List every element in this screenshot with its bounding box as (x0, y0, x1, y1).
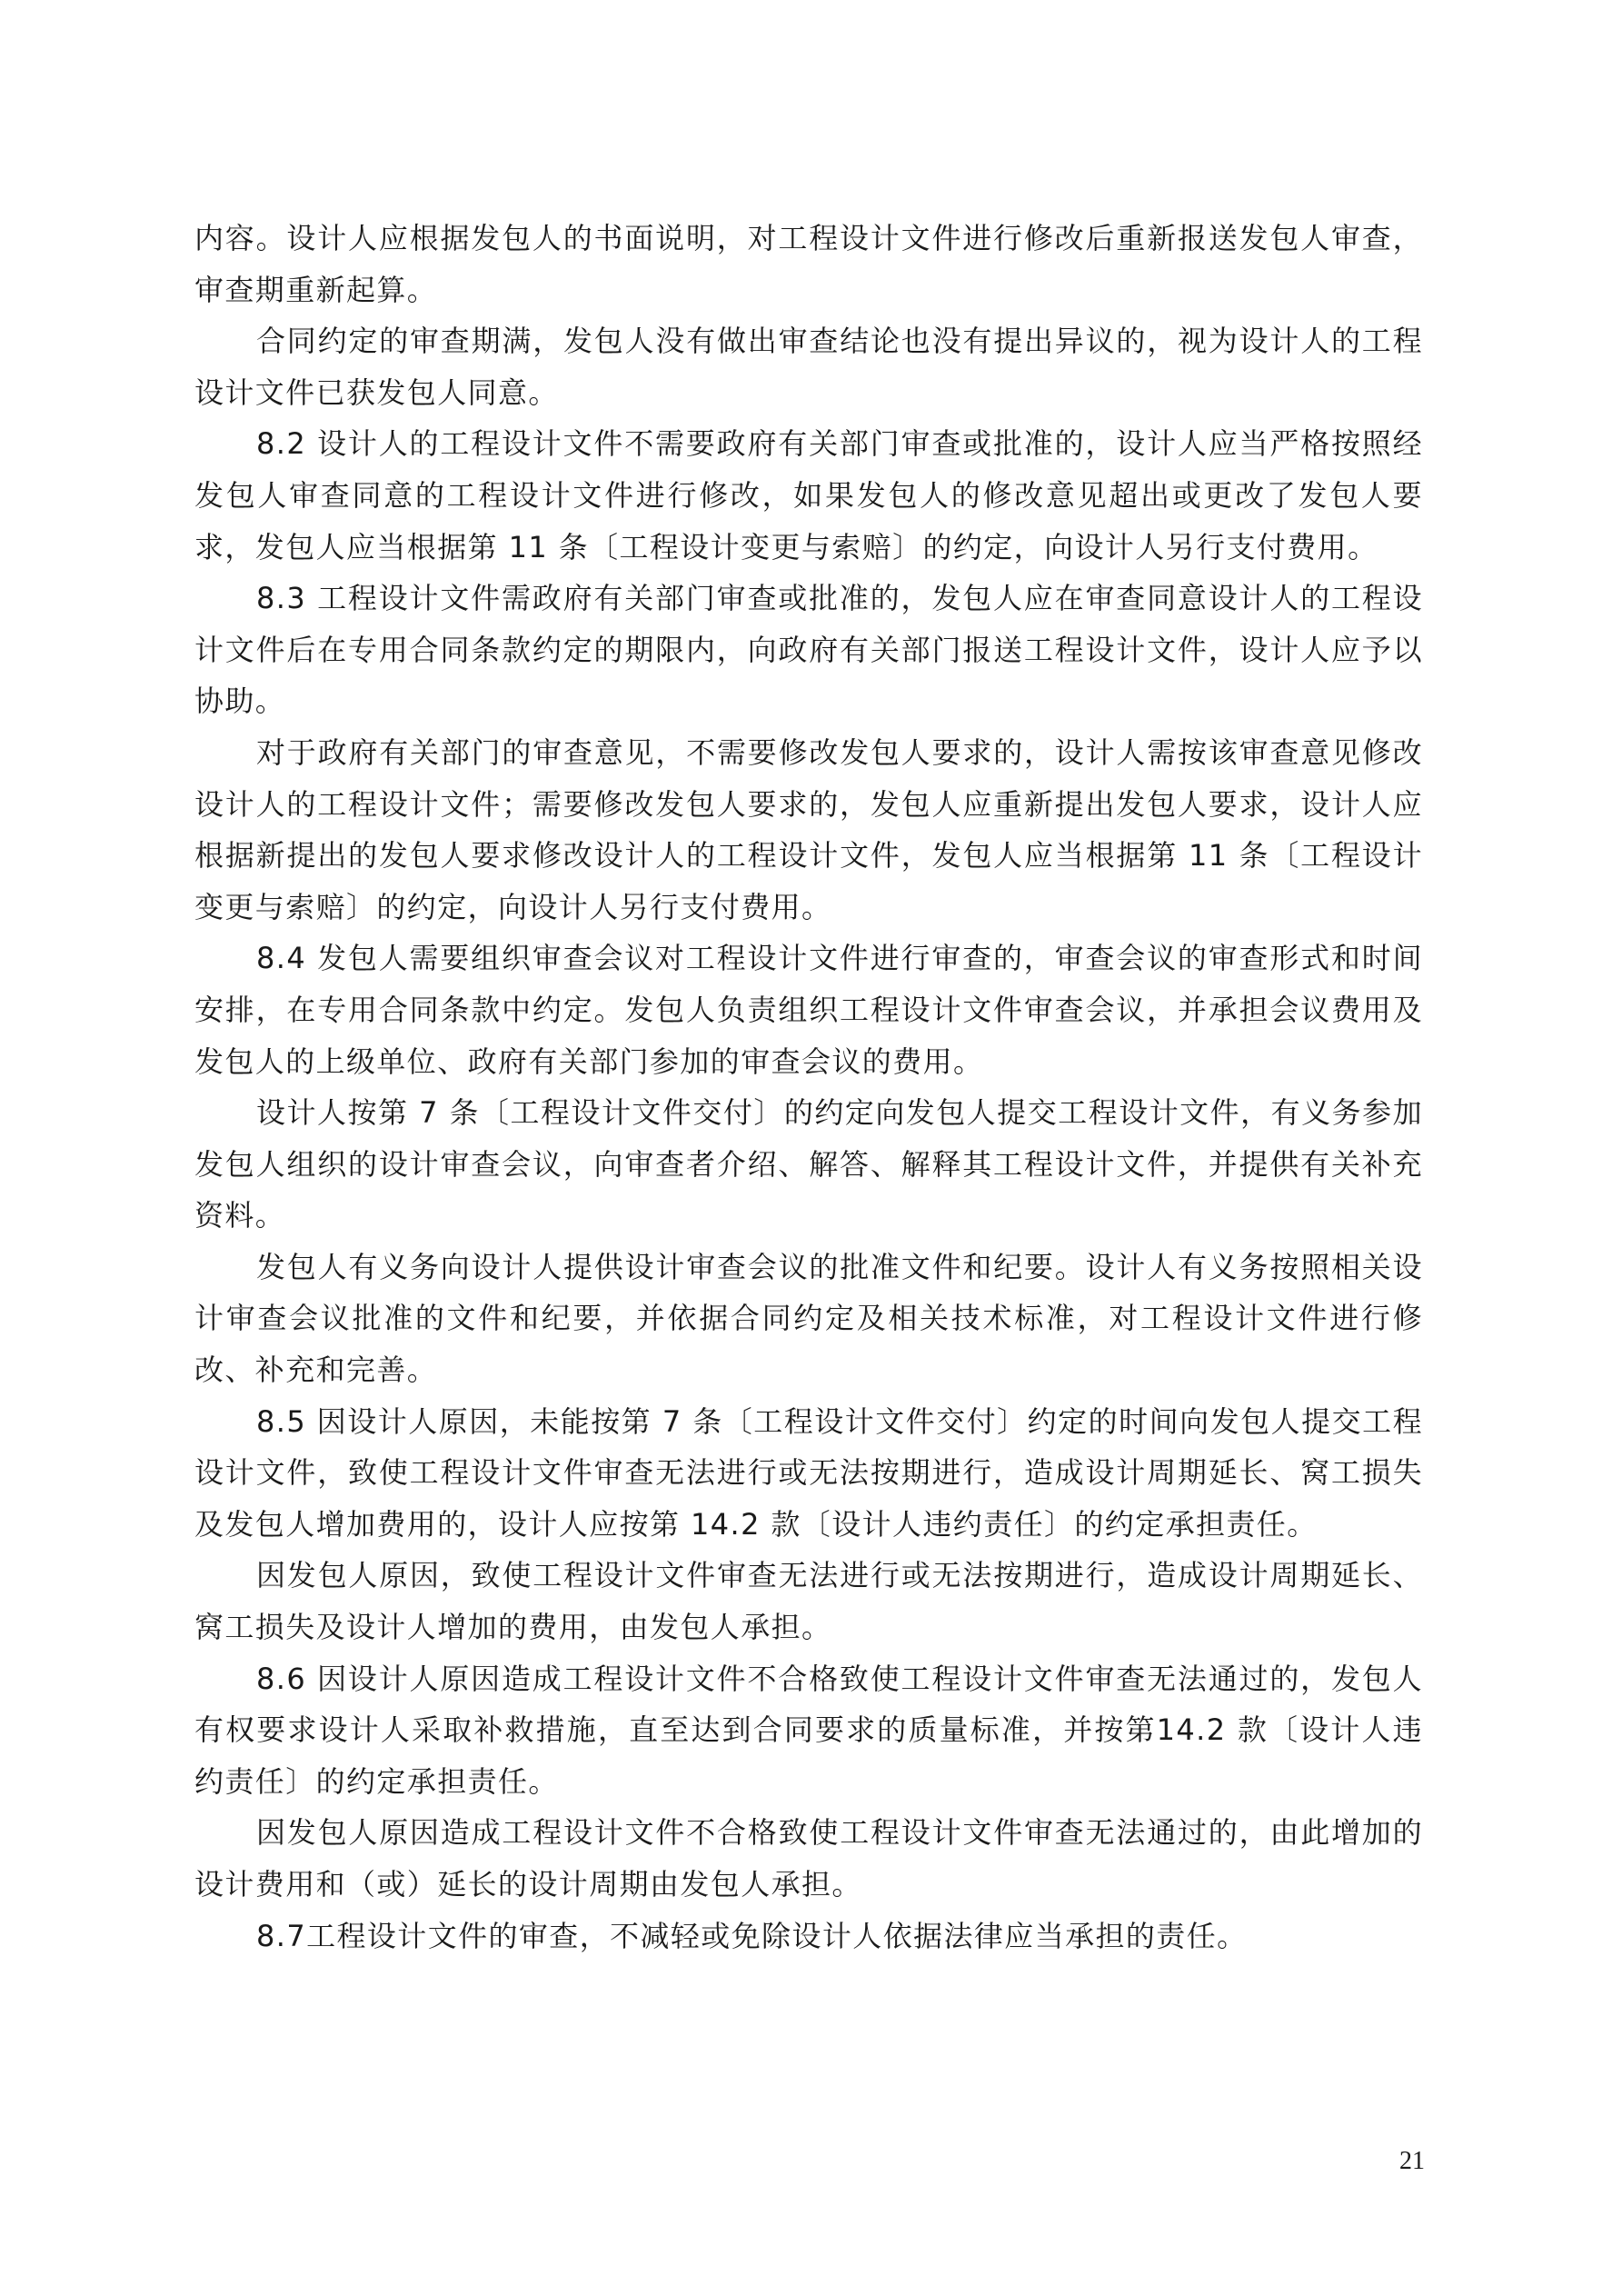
paragraph-clause-8-4: 8.4 发包人需要组织审查会议对工程设计文件进行审查的，审查会议的审查形式和时间… (194, 933, 1423, 1087)
paragraph-review-period-expiry: 合同约定的审查期满，发包人没有做出审查结论也没有提出异议的，视为设计人的工程设计… (194, 315, 1423, 418)
paragraph-continuation: 内容。设计人应根据发包人的书面说明，对工程设计文件进行修改后重新报送发包人审查，… (194, 213, 1423, 315)
paragraph-designer-attend-meeting: 设计人按第 7 条〔工程设计文件交付〕的约定向发包人提交工程设计文件，有义务参加… (194, 1087, 1423, 1242)
page-number: 21 (1399, 2147, 1425, 2176)
paragraph-government-review-opinions: 对于政府有关部门的审查意见，不需要修改发包人要求的，设计人需按该审查意见修改设计… (194, 727, 1423, 933)
paragraph-clause-8-5: 8.5 因设计人原因，未能按第 7 条〔工程设计文件交付〕约定的时间向发包人提交… (194, 1396, 1423, 1551)
document-page: 内容。设计人应根据发包人的书面说明，对工程设计文件进行修改后重新报送发包人审查，… (0, 0, 1622, 2296)
paragraph-employer-caused-failure: 因发包人原因造成工程设计文件不合格致使工程设计文件审查无法通过的，由此增加的设计… (194, 1807, 1423, 1910)
paragraph-employer-delay-cost: 因发包人原因，致使工程设计文件审查无法进行或无法按期进行，造成设计周期延长、窝工… (194, 1550, 1423, 1652)
paragraph-clause-8-2: 8.2 设计人的工程设计文件不需要政府有关部门审查或批准的，设计人应当严格按照经… (194, 418, 1423, 573)
paragraph-clause-8-6: 8.6 因设计人原因造成工程设计文件不合格致使工程设计文件审查无法通过的，发包人… (194, 1653, 1423, 1808)
document-body: 内容。设计人应根据发包人的书面说明，对工程设计文件进行修改后重新报送发包人审查，… (194, 213, 1423, 1962)
paragraph-employer-provide-minutes: 发包人有义务向设计人提供设计审查会议的批准文件和纪要。设计人有义务按照相关设计审… (194, 1242, 1423, 1396)
paragraph-clause-8-7: 8.7工程设计文件的审查，不减轻或免除设计人依据法律应当承担的责任。 (194, 1911, 1423, 1962)
paragraph-clause-8-3: 8.3 工程设计文件需政府有关部门审查或批准的，发包人应在审查同意设计人的工程设… (194, 573, 1423, 727)
